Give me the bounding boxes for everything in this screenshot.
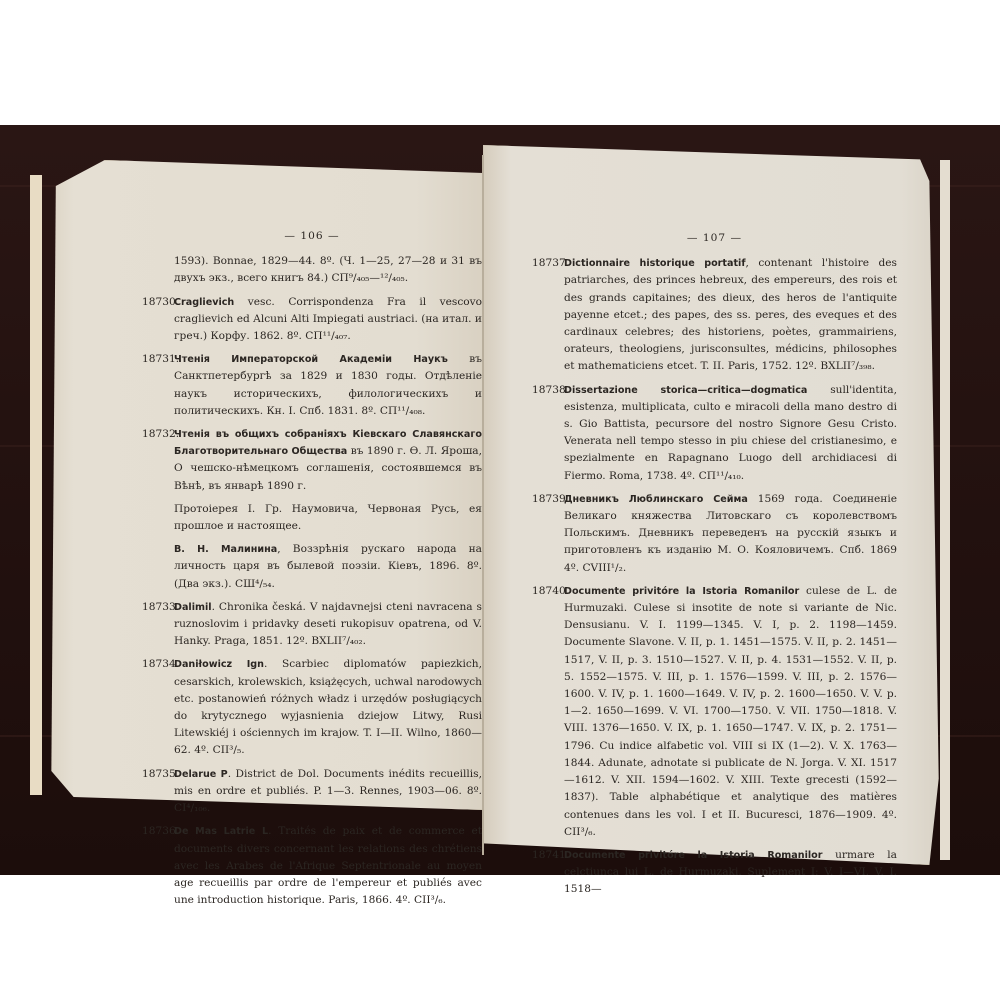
entry-number: 18736.: [142, 823, 179, 840]
entry-heading: Daniłowicz Ign: [174, 659, 264, 670]
catalog-entry: 18731.Чтенія Императорской Академіи Наук…: [142, 351, 482, 420]
page-number: — 106 —: [142, 228, 482, 245]
entry-body: culese de L. de Hurmuzaki. Culese si ins…: [564, 585, 897, 838]
entry-heading: Documente privitóre la Istoria Romanilor: [564, 850, 823, 861]
right-page-text: — 107 — 18737.Dictionnaire historique po…: [532, 230, 897, 905]
entry-body: . Chronika česká. V najdavnejsi cteni na…: [174, 601, 482, 647]
catalog-entry: 18740.Documente privitóre la Istoria Rom…: [532, 583, 897, 841]
entry-number: 18730.: [142, 294, 179, 311]
book-gutter: [482, 155, 484, 855]
catalog-entry: 18736.De Mas Latrie L. Traités de paix e…: [142, 823, 482, 909]
entry-number: 18731.: [142, 351, 179, 368]
entry-heading: Dalimil: [174, 602, 212, 613]
entry-number: 18733.: [142, 599, 179, 616]
entry-body: Протоіерея І. Гр. Наумовича, Червоная Ру…: [174, 503, 482, 532]
entry-number: 18740.: [532, 583, 569, 600]
entry-number: 18735.: [142, 766, 179, 783]
entry-number: 18737.: [532, 255, 569, 272]
entry-number: 18734.: [142, 656, 179, 673]
catalog-entry: 18733.Dalimil. Chronika česká. V najdavn…: [142, 599, 482, 651]
entry-heading: Dictionnaire historique portatif: [564, 258, 746, 269]
entry-heading: Craglievich: [174, 297, 234, 308]
entry-heading: Delarue P: [174, 769, 228, 780]
catalog-entry: 18732.Чтенія въ общихъ собраніяхъ Кіевск…: [142, 426, 482, 495]
entry-body: sull'identita, esistenza, multiplicata, …: [564, 384, 897, 482]
catalog-entry: В. Н. Малинина, Воззрѣнія рускаго народа…: [142, 541, 482, 593]
entry-body: , contenant l'histoire des patriarches, …: [564, 257, 897, 372]
entry-body: . Traités de paix et de commerce et docu…: [174, 825, 482, 906]
left-page-text: — 106 — 1593). Bonnae, 1829—44. 8º. (Ч. …: [142, 228, 482, 915]
entry-number: 18732.: [142, 426, 179, 443]
entry-heading: Dissertazione storica—critica—dogmatica: [564, 385, 807, 396]
entry-number: 18741.: [532, 847, 569, 864]
entry-body: . Scarbiec diplomatów papiezkich, cesars…: [174, 658, 482, 756]
entry-heading: Чтенія Императорской Академіи Наукъ: [174, 354, 448, 365]
catalog-entry: 18741.Documente privitóre la Istoria Rom…: [532, 847, 897, 899]
entry-heading: В. Н. Малинина: [174, 544, 277, 555]
catalog-entry: 18735.Delarue P. District de Dol. Docume…: [142, 766, 482, 818]
entry-heading: De Mas Latrie L: [174, 826, 268, 837]
catalog-entry: Протоіерея І. Гр. Наумовича, Червоная Ру…: [142, 501, 482, 535]
entry-number: 18738.: [532, 382, 569, 399]
catalog-entry: 18734.Daniłowicz Ign. Scarbiec diplomató…: [142, 656, 482, 759]
catalog-entry: 18737.Dictionnaire historique portatif, …: [532, 255, 897, 375]
left-page-edges: [30, 175, 42, 795]
entry-heading: Дневникъ Люблинскаго Сейма: [564, 494, 748, 505]
right-page-edges: [940, 160, 950, 860]
entry-heading: Documente privitóre la Istoria Romanilor: [564, 586, 799, 597]
catalog-entry: 18730.Craglievich vesc. Corrispondenza F…: [142, 294, 482, 346]
page-number: — 107 —: [532, 230, 897, 247]
catalog-entry: 18739.Дневникъ Люблинскаго Сейма 1569 го…: [532, 491, 897, 577]
catalog-entry: 18738.Dissertazione storica—critica—dogm…: [532, 382, 897, 485]
entry-number: 18739.: [532, 491, 569, 508]
continuation-text: 1593). Bonnae, 1829—44. 8º. (Ч. 1—25, 27…: [142, 253, 482, 287]
